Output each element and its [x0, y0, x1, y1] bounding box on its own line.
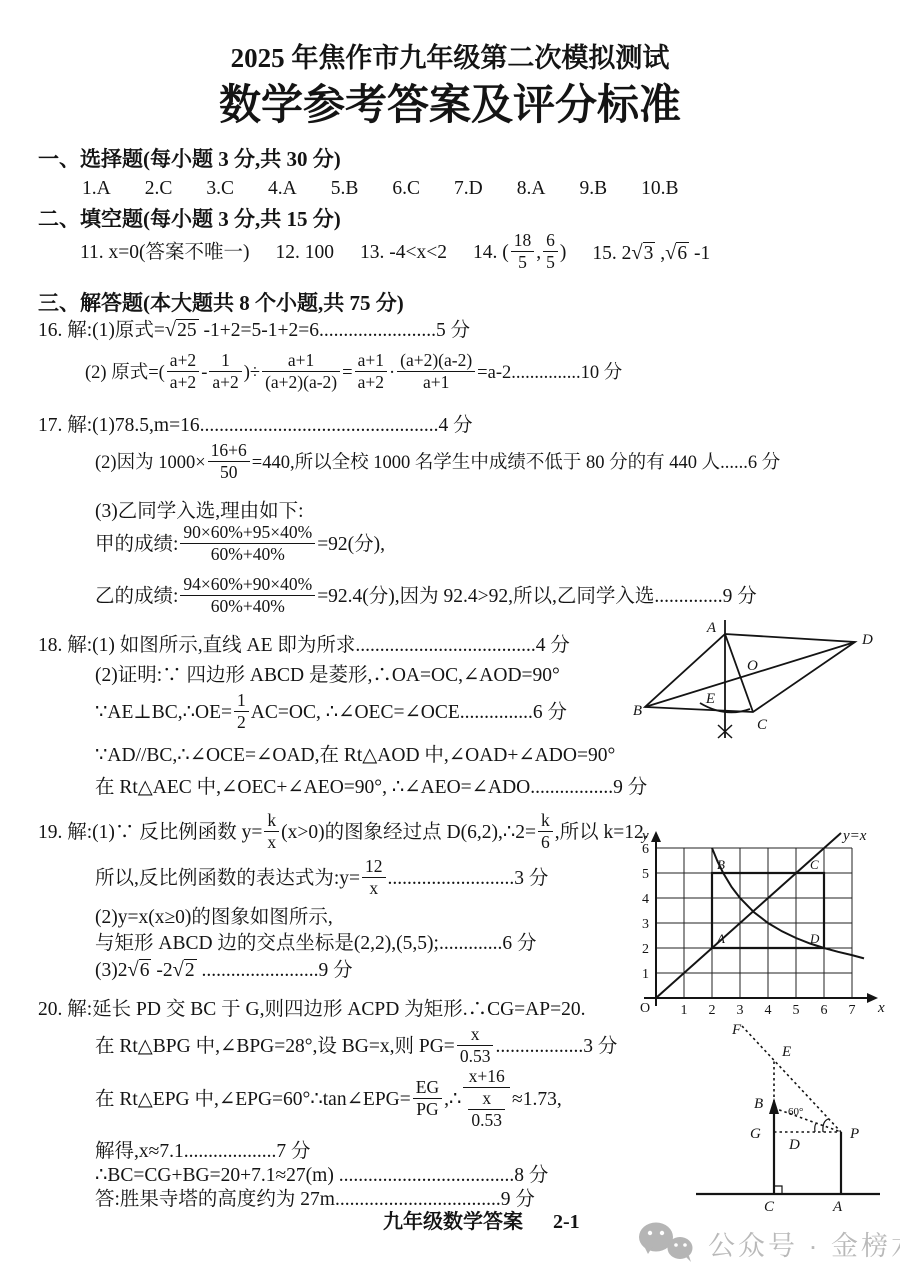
math-text: )÷	[244, 363, 260, 383]
p20-line4: 解得,x≈7.1...................7 分	[95, 1140, 310, 1164]
page-number: 2-1	[553, 1211, 580, 1233]
math-text: 16. 解:(1)原式=	[38, 320, 165, 341]
answer-2: 2.C	[145, 177, 173, 201]
section1-heading: 一、选择题(每小题 3 分,共 30 分)	[38, 146, 341, 172]
corner-C: C	[810, 857, 819, 872]
math-text: ,	[536, 242, 541, 263]
math-text: 19. 解:(1)∵ 反比例函数 y=	[38, 822, 262, 843]
fill-answers-row: 11. x=0(答案不唯一) 12. 100 13. -4<x<2 14. (1…	[80, 232, 710, 275]
radical: √2	[173, 960, 197, 981]
arrowhead	[769, 1098, 779, 1114]
math-text: 15. 2	[592, 243, 631, 264]
answer-12: 12. 100	[276, 241, 335, 265]
math-text: ∵AE⊥BC,∴OE=	[95, 702, 232, 723]
y-tick: 6	[642, 842, 649, 857]
math-text: 14. (	[473, 242, 509, 263]
answer-3: 3.C	[206, 177, 234, 201]
fraction: 94×60%+90×40%60%+40%	[180, 574, 315, 617]
figure-18-rhombus: A D O B E C	[630, 612, 890, 757]
math-text: ..........................3 分	[388, 868, 549, 889]
section3-heading: 三、解答题(本大题共 8 个小题,共 75 分)	[38, 290, 404, 316]
p20-line1: 20. 解:延长 PD 交 BC 于 G,则四边形 ACPD 为矩形.∴CG=A…	[38, 998, 585, 1022]
label-E: E	[781, 1044, 791, 1060]
answer-6: 6.C	[392, 177, 420, 201]
answer-8: 8.A	[517, 177, 546, 201]
math-text: 乙的成绩:	[95, 586, 178, 607]
label-O: O	[747, 658, 758, 674]
p19-line3: (2)y=x(x≥0)的图象如图所示,	[95, 906, 333, 930]
p17-line3: (3)乙同学入选,理由如下:	[95, 500, 304, 524]
math-text: ,	[655, 243, 665, 264]
p17-line2: (2)因为 1000×16+650=440,所以全校 1000 名学生中成绩不低…	[95, 442, 780, 485]
p18-line5: 在 Rt△AEC 中,∠OEC+∠AEO=90°, ∴∠AEO=∠ADO....…	[95, 776, 647, 800]
math-text: 甲的成绩:	[95, 534, 178, 555]
math-text: (3)2	[95, 960, 128, 981]
origin-label: O	[640, 1001, 650, 1016]
y-tick: 5	[642, 867, 649, 882]
tower-diagram: F E B G D P C A 60°	[688, 1022, 890, 1218]
fraction: k6	[538, 810, 553, 853]
label-A: A	[706, 620, 717, 636]
p18-line1: 18. 解:(1) 如图所示,直线 AE 即为所求...............…	[38, 634, 570, 658]
fraction: 1a+2	[209, 350, 241, 393]
math-text: -2	[151, 960, 172, 981]
fraction: a+1(a+2)(a-2)	[262, 350, 340, 393]
label-C: C	[757, 717, 768, 733]
corner-D: D	[809, 931, 820, 946]
math-text: ,∴	[444, 1089, 461, 1110]
p20-line3: 在 Rt△EPG 中,∠EPG=60°∴tan∠EPG=EGPG,∴x+16x0…	[95, 1068, 562, 1133]
math-text: 在 Rt△BPG 中,∠BPG=28°,设 BG=x,则 PG=	[95, 1036, 455, 1057]
p20-line5: ∴BC=CG+BG=20+7.1≈27(m) .................…	[95, 1164, 548, 1188]
section2-heading: 二、填空题(每小题 3 分,共 15 分)	[38, 206, 341, 232]
fraction: x0.53	[457, 1024, 494, 1067]
label-C: C	[764, 1199, 775, 1215]
wechat-icon	[636, 1220, 698, 1266]
answer-7: 7.D	[454, 177, 483, 201]
math-text: =440,所以全校 1000 名学生中成绩不低于 80 分的有 440 人...…	[252, 453, 780, 473]
watermark: 公众号 · 金榜六月	[636, 1220, 900, 1266]
nested-fraction: x+16x0.53	[463, 1066, 510, 1131]
exam-title: 2025 年焦作市九年级第二次模拟测试	[0, 36, 900, 75]
math-text: AC=OC, ∴∠OEC=∠OCE...............6 分	[251, 702, 567, 723]
label-A: A	[832, 1199, 843, 1215]
radical: √6	[128, 960, 152, 981]
p18-line4: ∵AD//BC,∴∠OCE=∠OAD,在 Rt△AOD 中,∠OAD+∠ADO=…	[95, 744, 615, 768]
label-F: F	[731, 1022, 742, 1038]
answer-1: 1.A	[82, 177, 111, 201]
label-B: B	[633, 703, 642, 719]
answer-13: 13. -4<x<2	[360, 241, 447, 265]
label-P: P	[849, 1126, 859, 1142]
p19-line4: 与矩形 ABCD 边的交点坐标是(2,2),(5,5);............…	[95, 932, 536, 956]
answer-4: 4.A	[268, 177, 297, 201]
fraction: 65	[543, 230, 558, 273]
x-tick: 7	[849, 1003, 856, 1018]
line-yx-label: y=x	[841, 828, 867, 844]
p16-line2: (2) 原式=(a+2a+2-1a+2)÷a+1(a+2)(a-2)=a+1a+…	[85, 352, 622, 395]
fraction: a+1a+2	[355, 350, 387, 393]
y-tick: 1	[642, 967, 649, 982]
p18-line3: ∵AE⊥BC,∴OE=12AC=OC, ∴∠OEC=∠OCE..........…	[95, 692, 567, 735]
fraction: a+2a+2	[167, 350, 199, 393]
watermark-text: 公众号 · 金榜六月	[708, 1224, 900, 1263]
p17-line4: 甲的成绩:90×60%+95×40%60%+40%=92(分),	[95, 524, 385, 567]
math-text: ,所以 k=12.	[555, 822, 649, 843]
label-D: D	[861, 632, 873, 648]
x-axis-label: x	[877, 1000, 885, 1016]
fraction: 12x	[362, 856, 386, 899]
p17-line1: 17. 解:(1)78.5,m=16......................…	[38, 414, 473, 438]
answer-sheet-page: 2025 年焦作市九年级第二次模拟测试 数学参考答案及评分标准 一、选择题(每小…	[0, 0, 900, 1273]
fraction: 185	[511, 230, 535, 273]
x-tick: 5	[793, 1003, 800, 1018]
label-E: E	[705, 691, 715, 707]
figure-20-tower: F E B G D P C A 60°	[688, 1022, 890, 1223]
x-tick: 1	[681, 1003, 688, 1018]
x-tick: 4	[765, 1003, 772, 1018]
fraction: (a+2)(a-2)a+1	[397, 350, 475, 393]
p20-line2: 在 Rt△BPG 中,∠BPG=28°,设 BG=x,则 PG=x0.53...…	[95, 1026, 617, 1069]
y-tick: 2	[642, 942, 649, 957]
math-text: -	[201, 363, 207, 383]
answer-11: 11. x=0(答案不唯一)	[80, 241, 250, 265]
math-text: )	[560, 242, 567, 263]
math-text: ..................3 分	[495, 1036, 617, 1057]
math-text: ........................9 分	[197, 960, 353, 981]
math-text: ·	[389, 363, 395, 383]
answer-14: 14. (185,65)	[473, 232, 566, 275]
math-text: (2)因为 1000×	[95, 453, 206, 473]
corner-A: A	[716, 931, 725, 946]
x-tick: 6	[821, 1003, 828, 1018]
x-tick: 2	[709, 1003, 716, 1018]
choice-answers-row: 1.A 2.C 3.C 4.A 5.B 6.C 7.D 8.A 9.B 10.B	[82, 177, 678, 201]
p19-line2: 所以,反比例函数的表达式为:y=12x.....................…	[95, 858, 548, 901]
footer: 九年级数学答案2-1	[383, 1205, 580, 1234]
footer-title: 九年级数学答案	[383, 1211, 523, 1233]
y-tick: 4	[642, 892, 649, 907]
answer-key-title: 数学参考答案及评分标准	[0, 72, 900, 132]
fraction: 16+650	[208, 440, 250, 483]
math-text: ≈1.73,	[512, 1089, 562, 1110]
math-text: =	[342, 363, 352, 383]
math-text: =92.4(分),因为 92.4>92,所以,乙同学入选............…	[317, 586, 757, 607]
label-D: D	[788, 1137, 800, 1153]
y-tick: 3	[642, 917, 649, 932]
radical: √25	[165, 320, 199, 341]
coordinate-graph: y x y=x O 1 2 3 4 5 6 7 1 2 3 4 5 6 B C …	[636, 826, 894, 1022]
answer-15: 15. 2√3 ,√6 -1	[592, 241, 710, 267]
radical: √3	[631, 243, 655, 264]
label-B: B	[754, 1096, 763, 1112]
math-text: =a-2...............10 分	[477, 363, 622, 383]
math-text: =92(分),	[317, 534, 385, 555]
rhombus-diagram: A D O B E C	[630, 612, 890, 752]
math-text: 在 Rt△EPG 中,∠EPG=60°∴tan∠EPG=	[95, 1089, 411, 1110]
x-tick: 3	[737, 1003, 744, 1018]
p19-line5: (3)2√6 -2√2 ........................9 分	[95, 958, 353, 984]
fraction: kx	[264, 810, 279, 853]
radical: √6	[665, 243, 689, 264]
answer-5: 5.B	[331, 177, 359, 201]
p16-line1: 16. 解:(1)原式=√25 -1+2=5-1+2=6............…	[38, 318, 470, 344]
math-text: (x>0)的图象经过点 D(6,2),∴2=	[281, 822, 536, 843]
fraction: 12	[234, 690, 249, 733]
fraction: 90×60%+95×40%60%+40%	[180, 522, 315, 565]
math-text: -1	[689, 243, 710, 264]
angle-60-label: 60°	[788, 1106, 803, 1118]
fraction: EGPG	[413, 1077, 442, 1120]
label-G: G	[750, 1126, 761, 1142]
p19-line1: 19. 解:(1)∵ 反比例函数 y=kx(x>0)的图象经过点 D(6,2),…	[38, 812, 649, 855]
corner-B: B	[717, 857, 725, 872]
answer-10: 10.B	[641, 177, 678, 201]
answer-9: 9.B	[579, 177, 607, 201]
figure-19-graph: y x y=x O 1 2 3 4 5 6 7 1 2 3 4 5 6 B C …	[636, 826, 894, 1027]
math-text: (2) 原式=(	[85, 363, 165, 383]
math-text: -1+2=5-1+2=6........................5 分	[199, 320, 470, 341]
p18-line2: (2)证明:∵ 四边形 ABCD 是菱形,∴OA=OC,∠AOD=90°	[95, 664, 560, 688]
math-text: 所以,反比例函数的表达式为:y=	[95, 868, 360, 889]
